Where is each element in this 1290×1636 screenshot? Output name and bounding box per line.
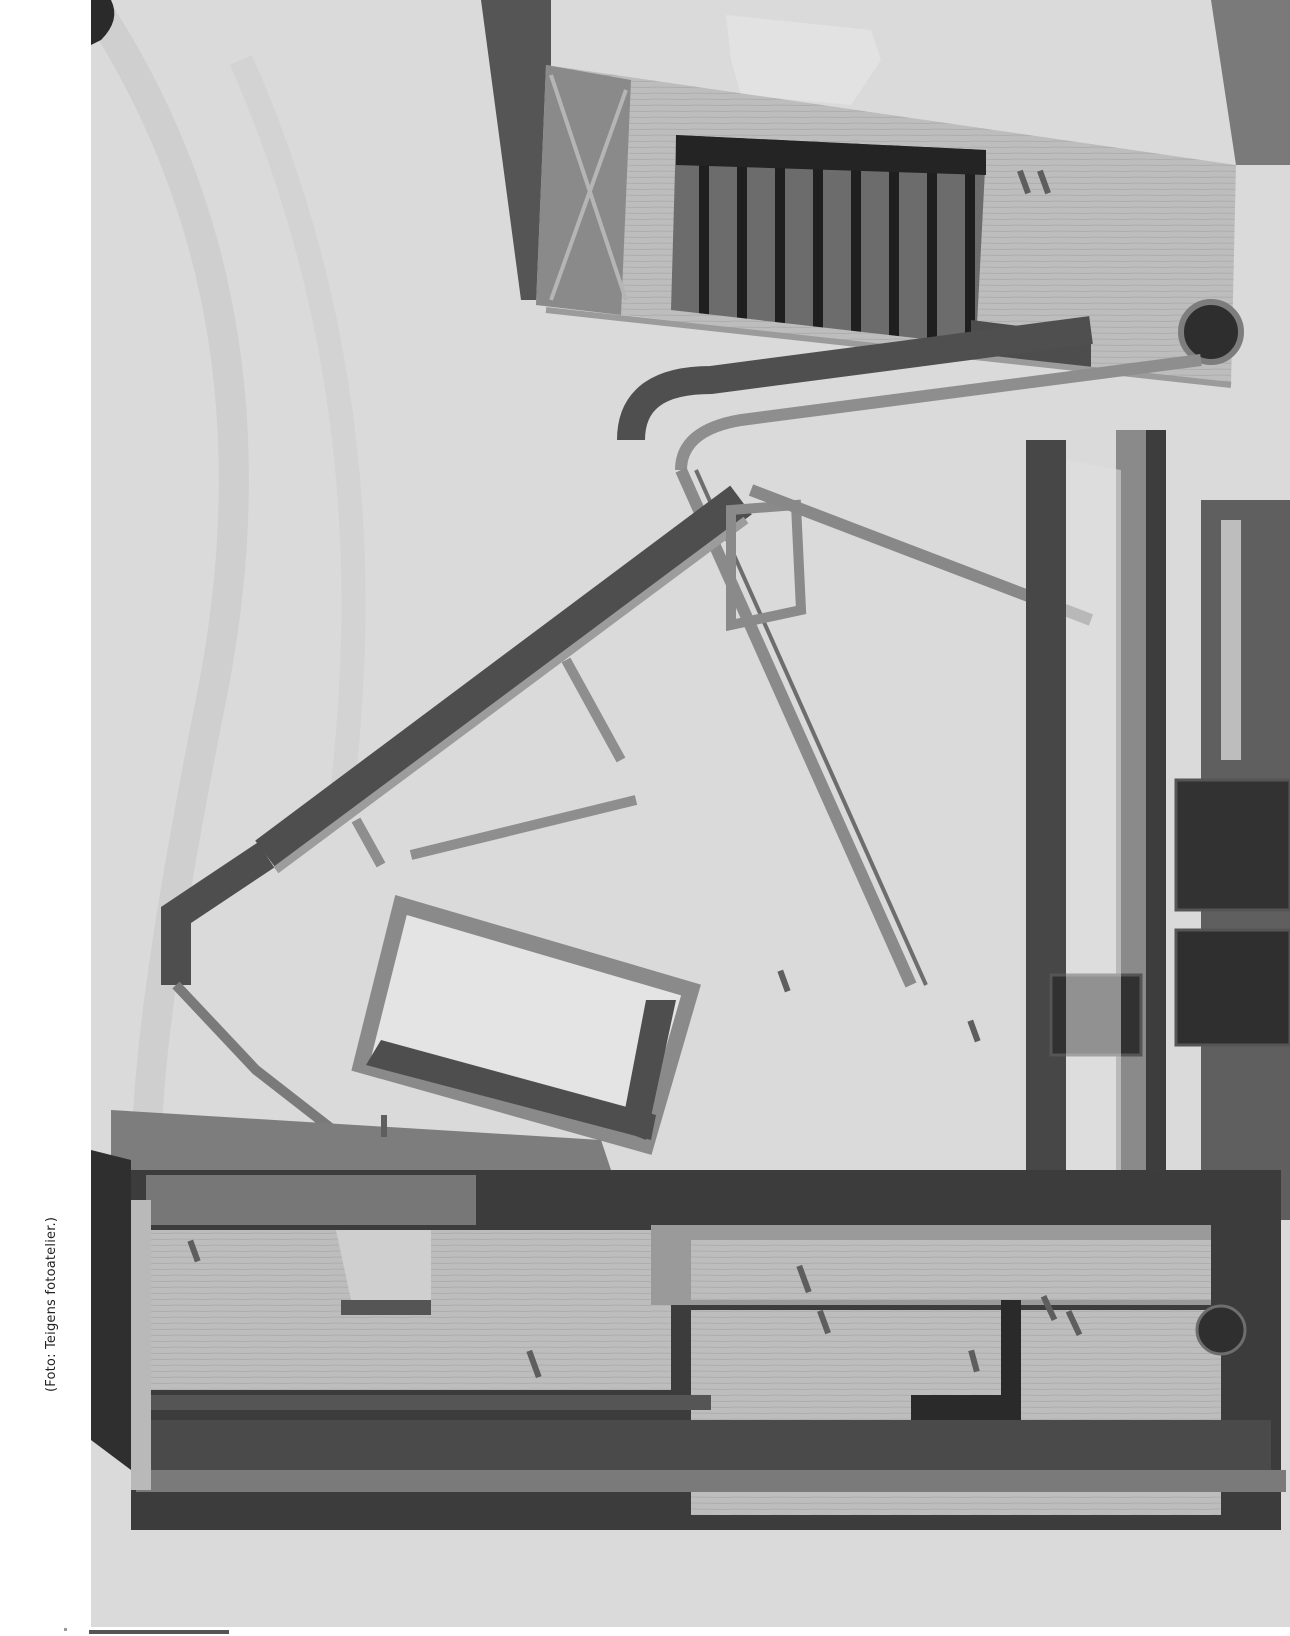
scan-mark [64, 1628, 67, 1631]
photo-credit-caption: (Foto: Teigens fotoatelier.) [44, 1217, 59, 1392]
model-photograph [91, 0, 1290, 1627]
bottom-scan-rule [89, 1630, 229, 1634]
book-page: (Foto: Teigens fotoatelier.) [0, 0, 1290, 1636]
model-photograph-graphic [91, 0, 1290, 1627]
